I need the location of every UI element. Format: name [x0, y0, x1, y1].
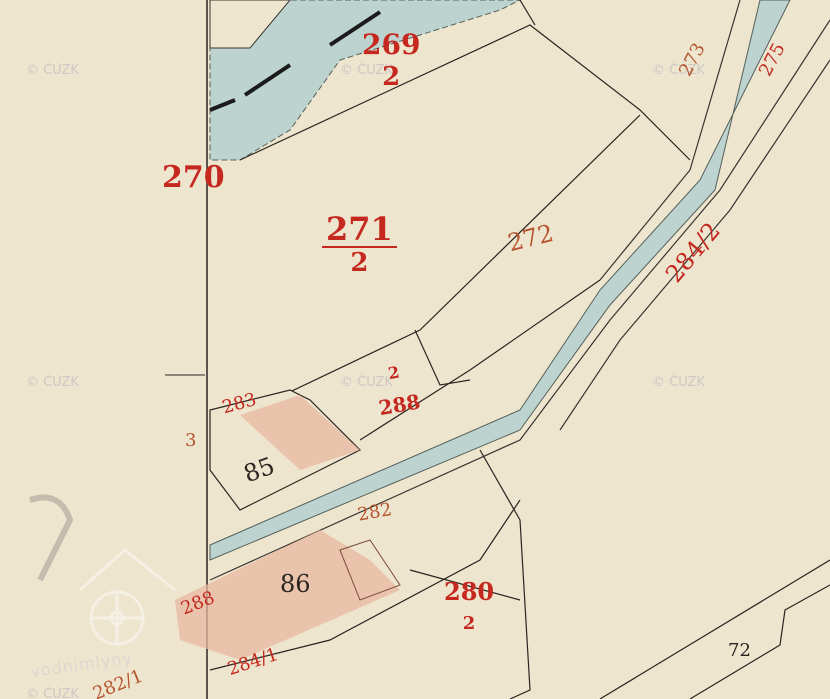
watermark-cuzk: © ČÚZK [26, 375, 79, 390]
cadastral-map[interactable]: © ČÚZK © ČÚZK © ČÚZK © ČÚZK © ČÚZK © ČÚZ… [0, 0, 830, 699]
parcel-label-270[interactable]: 270 [162, 160, 225, 195]
map-linework [0, 0, 830, 699]
parcel-label-269[interactable]: 269 2 [358, 28, 424, 92]
parcel-label-72[interactable]: 72 [728, 640, 751, 661]
building-label-86[interactable]: 86 [280, 570, 311, 598]
mill-logo-icon [80, 550, 175, 644]
misc-mark: 3 [185, 430, 196, 451]
parcel-label-271[interactable]: 271 2 [322, 212, 397, 278]
watermark-cuzk: © ČÚZK [26, 63, 79, 78]
parcel-label-280[interactable]: 280 2 [440, 575, 498, 639]
watermark-cuzk: © ČÚZK [26, 687, 79, 699]
watermark-cuzk: © ČÚZK [652, 375, 705, 390]
